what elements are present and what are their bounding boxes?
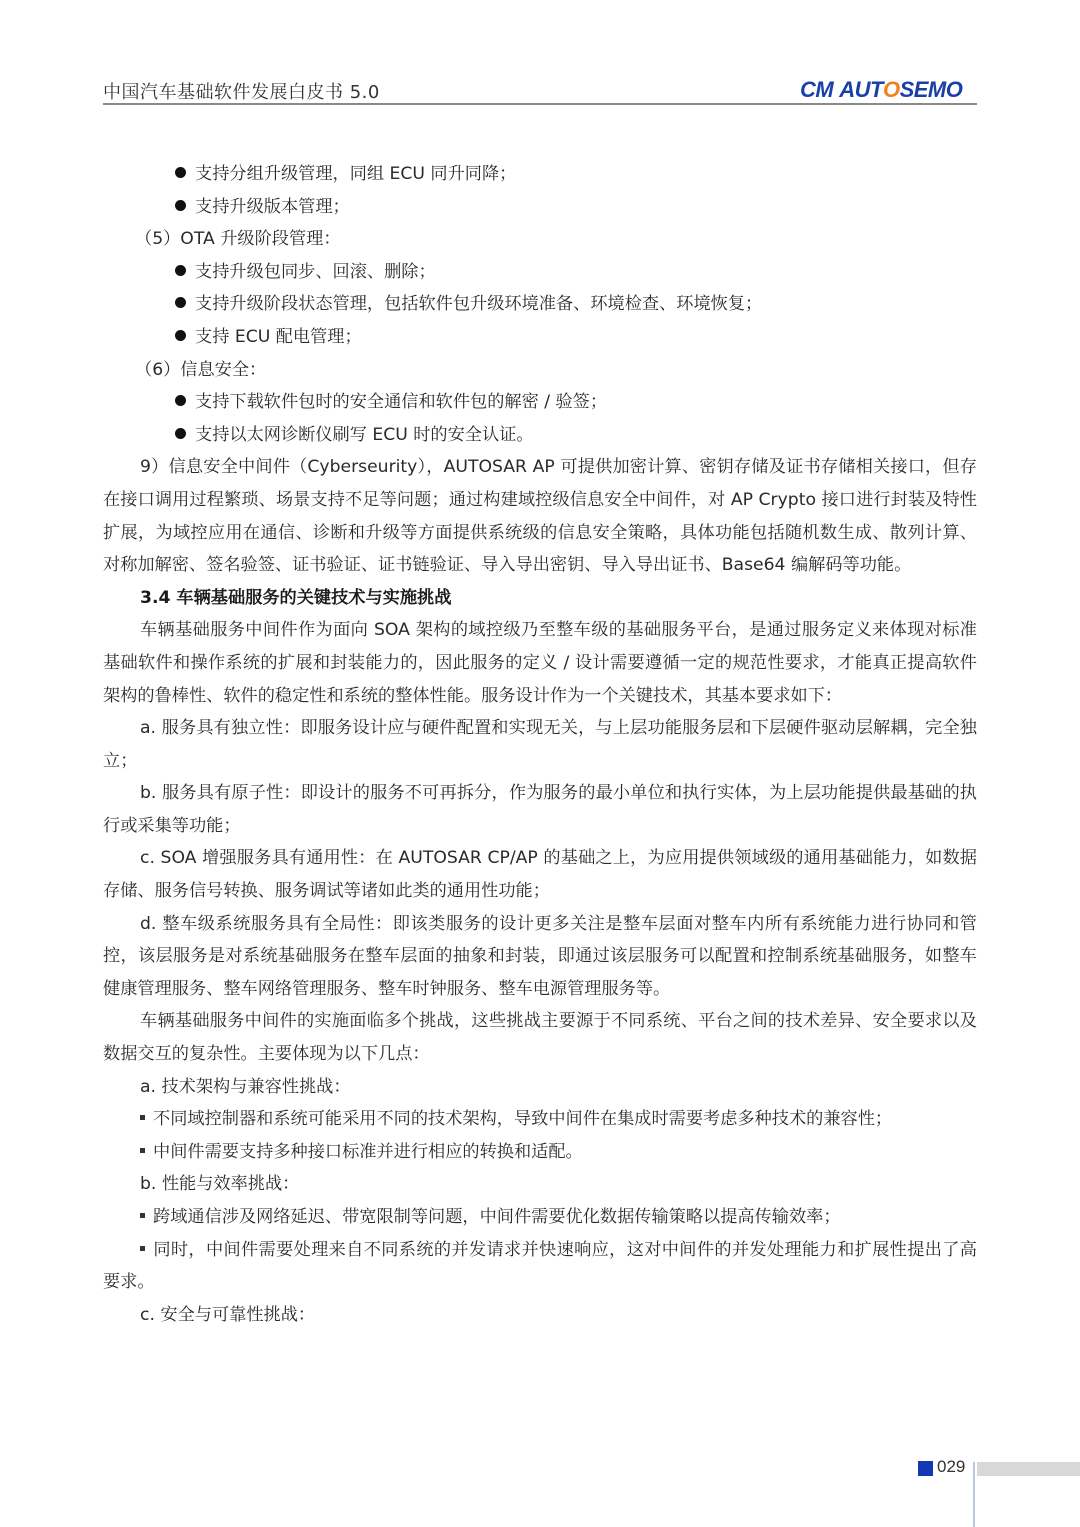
- square-bullet-item: 跨域通信涉及网络延迟、带宽限制等问题，中间件需要优化数据传输策略以提高传输效率；: [103, 1201, 977, 1234]
- footer-gray-bar: [977, 1462, 1080, 1476]
- square-bullet-icon: [140, 1115, 145, 1120]
- square-bullet-icon: [140, 1213, 145, 1218]
- paragraph-challenges: 车辆基础服务中间件的实施面临多个挑战，这些挑战主要源于不同系统、平台之间的技术差…: [103, 1005, 977, 1070]
- square-bullet-item: 同时，中间件需要处理来自不同系统的并发请求并快速响应，这对中间件的并发处理能力和…: [103, 1234, 977, 1299]
- challenge-c-label: c. 安全与可靠性挑战：: [103, 1299, 977, 1332]
- bullet-dot-icon: [175, 297, 186, 308]
- paragraph-intro: 车辆基础服务中间件作为面向 SOA 架构的域控级乃至整车级的基础服务平台，是通过…: [103, 614, 977, 712]
- paragraph-cybersecurity-middleware: 9）信息安全中间件（Cyberseurity），AUTOSAR AP 可提供加密…: [103, 451, 977, 581]
- square-bullet-item: 不同域控制器和系统可能采用不同的技术架构，导致中间件在集成时需要考虑多种技术的兼…: [103, 1103, 977, 1136]
- logo-text-a: AUT: [839, 77, 883, 103]
- bullet-item: 支持 ECU 配电管理；: [103, 321, 977, 354]
- bullet-dot-icon: [175, 395, 186, 406]
- header-divider: [103, 103, 977, 105]
- logo-text-o: O: [883, 77, 900, 103]
- bullet-dot-icon: [175, 428, 186, 439]
- page-number: 029: [937, 1457, 965, 1477]
- list-heading-ota-stage: （5）OTA 升级阶段管理：: [103, 223, 977, 256]
- bullet-dot-icon: [175, 330, 186, 341]
- bullet-dot-icon: [175, 265, 186, 276]
- autosemo-logo: CM AUTOSEMO: [800, 76, 978, 104]
- bullet-dot-icon: [175, 200, 186, 211]
- document-header-title: 中国汽车基础软件发展白皮书 5.0: [103, 78, 380, 104]
- footer-vertical-rule: [973, 1462, 975, 1527]
- requirement-b: b. 服务具有原子性：即设计的服务不可再拆分，作为服务的最小单位和执行实体，为上…: [103, 777, 977, 842]
- requirement-d: d. 整车级系统服务具有全局性：即该类服务的设计更多关注是整车层面对整车内所有系…: [103, 908, 977, 1006]
- challenge-b-label: b. 性能与效率挑战：: [103, 1168, 977, 1201]
- logo-cm-mark: CM: [800, 77, 833, 103]
- list-heading-security: （6）信息安全：: [103, 354, 977, 387]
- page-marker-square: [918, 1461, 933, 1476]
- bullet-item: 支持升级阶段状态管理，包括软件包升级环境准备、环境检查、环境恢复；: [103, 288, 977, 321]
- bullet-item: 支持升级版本管理；: [103, 191, 977, 224]
- requirement-c: c. SOA 增强服务具有通用性：在 AUTOSAR CP/AP 的基础之上，为…: [103, 842, 977, 907]
- logo-text-b: SEMO: [900, 77, 963, 103]
- requirement-a: a. 服务具有独立性：即服务设计应与硬件配置和实现无关，与上层功能服务层和下层硬…: [103, 712, 977, 777]
- square-bullet-icon: [140, 1148, 145, 1153]
- bullet-dot-icon: [175, 167, 186, 178]
- bullet-item: 支持升级包同步、回滚、删除；: [103, 256, 977, 289]
- section-heading: 3.4 车辆基础服务的关键技术与实施挑战: [103, 582, 977, 615]
- bullet-item: 支持下载软件包时的安全通信和软件包的解密 / 验签；: [103, 386, 977, 419]
- square-bullet-icon: [140, 1246, 145, 1251]
- square-bullet-item: 中间件需要支持多种接口标准并进行相应的转换和适配。: [103, 1136, 977, 1169]
- bullet-item: 支持以太网诊断仪刷写 ECU 时的安全认证。: [103, 419, 977, 452]
- page-body: 支持分组升级管理，同组 ECU 同升同降； 支持升级版本管理； （5）OTA 升…: [103, 158, 977, 1331]
- challenge-a-label: a. 技术架构与兼容性挑战：: [103, 1071, 977, 1104]
- bullet-item: 支持分组升级管理，同组 ECU 同升同降；: [103, 158, 977, 191]
